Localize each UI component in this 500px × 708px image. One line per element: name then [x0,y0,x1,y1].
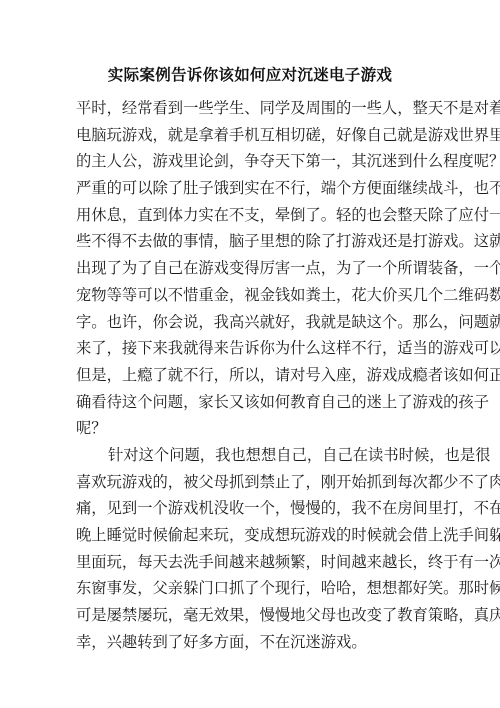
text-line: 平时，经常看到一些学生、同学及周围的一些人，整天不是对着 [76,95,428,122]
text-line: 东窗事发，父亲躲门口抓了个现行，哈哈，想想都好笑。那时候 [76,575,428,602]
text-line: 字。也许，你会说，我高兴就好，我就是缺这个。那么，问题就 [76,309,428,336]
paragraph-2: 针对这个问题，我也想想自己，自己在读书时候，也是很 喜欢玩游戏的，被父母抓到禁止… [76,442,428,656]
text-line: 呢？ [76,415,428,442]
document-title: 实际案例告诉你该如何应对沉迷电子游戏 [0,63,500,87]
text-line: 的主人公，游戏里论剑，争夺天下第一，其沉迷到什么程度呢？ [76,148,428,175]
text-line: 宠物等等可以不惜重金，视金钱如粪土，花大价买几个二维码数 [76,282,428,309]
text-line: 严重的可以除了肚子饿到实在不行，端个方便面继续战斗，也不 [76,175,428,202]
text-line: 幸，兴趣转到了好多方面，不在沉迷游戏。 [76,629,428,656]
text-line: 针对这个问题，我也想想自己，自己在读书时候，也是很 [76,442,428,469]
text-line: 出现了为了自己在游戏变得厉害一点，为了一个所谓装备，一个 [76,255,428,282]
paragraph-1: 平时，经常看到一些学生、同学及周围的一些人，整天不是对着 电脑玩游戏，就是拿着手… [76,95,428,442]
text-line: 电脑玩游戏，就是拿着手机互相切磋，好像自己就是游戏世界里 [76,122,428,149]
text-line: 痛，见到一个游戏机没收一个，慢慢的，我不在房间里打，不在 [76,495,428,522]
text-line: 来了，接下来我就得来告诉你为什么这样不行，适当的游戏可以， [76,335,428,362]
document-body: 平时，经常看到一些学生、同学及周围的一些人，整天不是对着 电脑玩游戏，就是拿着手… [76,95,428,655]
text-line: 喜欢玩游戏的，被父母抓到禁止了，刚开始抓到每次都少不了肉 [76,469,428,496]
text-line: 但是，上瘾了就不行，所以，请对号入座，游戏成瘾者该如何正 [76,362,428,389]
text-line: 用休息，直到体力实在不支，晕倒了。轻的也会整天除了应付一 [76,202,428,229]
text-line: 些不得不去做的事情，脑子里想的除了打游戏还是打游戏。这就 [76,228,428,255]
text-line: 可是屡禁屡玩，毫无效果，慢慢地父母也改变了教育策略，真庆 [76,602,428,629]
text-line: 晚上睡觉时候偷起来玩，变成想玩游戏的时候就会借上洗手间躲 [76,522,428,549]
text-line: 里面玩，每天去洗手间越来越频繁，时间越来越长，终于有一次， [76,549,428,576]
text-line: 确看待这个问题，家长又该如何教育自己的迷上了游戏的孩子 [76,389,428,416]
document-page: 实际案例告诉你该如何应对沉迷电子游戏 平时，经常看到一些学生、同学及周围的一些人… [0,0,500,708]
